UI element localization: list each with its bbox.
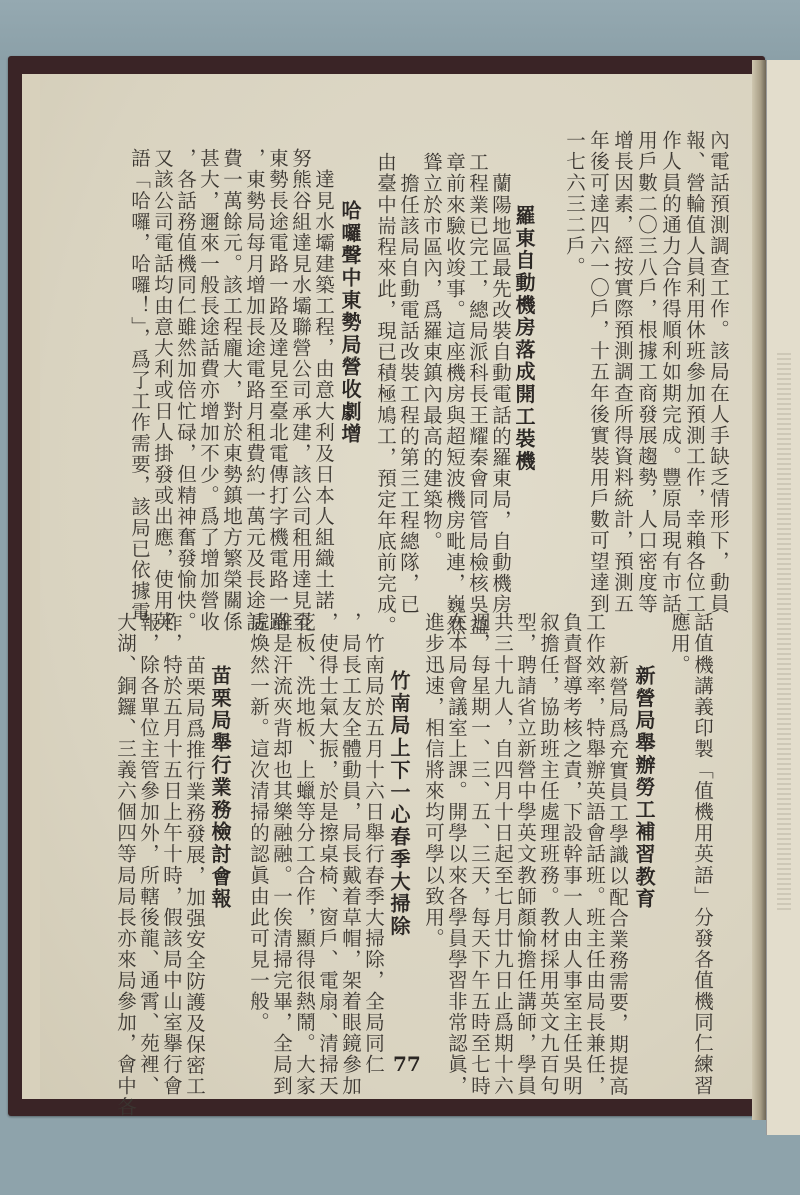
- text-column: 擔任該局自動電話改裝工程的第三工程總隊，已: [396, 152, 420, 615]
- text-column: 進步迅速，相信將來均可學以致用。: [421, 612, 445, 949]
- text-column: ，東勢局每月增加長途電路月租費約一萬元及長途話: [242, 148, 266, 632]
- text-column: 語「哈囉，哈囉！」，爲了工作需要，該局已依據電: [127, 148, 151, 622]
- article-heading: 哈囉聲中東勢局營收劇增: [338, 200, 362, 445]
- text-column: 新營局爲充實員工學識以配合業務需要，期提高: [605, 634, 629, 1097]
- article-heading: 新營局舉辦勞工補習教育: [632, 665, 656, 910]
- text-column: 用戶數二〇三八戶，根據工商發展趨勢，人口密度等: [634, 130, 658, 614]
- text-column: 東勢長途電路一路及達見至臺北電傳打字機電路一路: [265, 148, 289, 632]
- text-column: ，局長工友全體動員，局長戴着草帽，架着眼鏡參加: [338, 612, 362, 1096]
- page-stack-edge: [22, 74, 41, 1099]
- facing-page-text-ghost: [777, 350, 791, 910]
- book-gutter: [752, 60, 766, 1120]
- text-column: 報，除各單位主管參加外，所轄後龍、通霄、苑裡、: [136, 612, 160, 1096]
- text-column: 話值機講義印製「值機用英語」分發各值機同仁練習: [690, 612, 714, 1096]
- text-column: 應用。: [667, 612, 691, 675]
- text-column: 內電話預測調查工作。該局在人手缺乏情形下，動員: [706, 130, 730, 614]
- text-column: 作人員的通力合作得順利如期完成。豐原局現有市話: [658, 130, 682, 614]
- text-column: ，使得士氣大振，於是擦桌椅、窗戶、電扇、清掃天: [315, 612, 339, 1096]
- page-number: 77: [393, 1052, 421, 1076]
- text-column: 週，每星期一、三、五、三天，每天下午五時至七時: [467, 612, 491, 1096]
- text-column: 雖是汗流夾背却也其樂融融。一俟清掃完畢，全局到: [269, 612, 293, 1096]
- article-heading: 羅東自動機房落成開工裝機: [512, 205, 536, 473]
- text-column: 型，聘請省立新營中學英文教師顏愉擔任講師，學員: [513, 612, 537, 1096]
- text-column: 苗栗局爲推行業務發展，加强安全防護及保密工: [182, 634, 206, 1097]
- text-column: 大湖、銅鑼、三義六個四等局局長亦來局參加，會中各: [113, 612, 137, 1117]
- text-column: 又該公司電話均由意大利或日人掛發或出應，使用英: [150, 148, 174, 632]
- text-column: 努熊谷組達見水壩聯營公司承建，該公司租用達見至: [288, 148, 312, 632]
- text-column: 叙擔任，協助班主任處理班務。教材採用英文九百句: [536, 612, 560, 1096]
- text-column: ，各話務值機同仁雖然加倍忙碌，但精神奮發愉快。: [173, 148, 197, 632]
- background-surface: [0, 0, 800, 60]
- text-column: 年後可達四六一〇戶，十五年後實裝用戶數可望達到: [586, 130, 610, 614]
- article-heading: 苗栗局舉行業務檢討會報: [208, 665, 232, 910]
- text-column: 由臺中耑程來此，現已積極鳩工，預定年底前完成。: [373, 152, 397, 636]
- text-column: 章前來驗收竣事。這座機房與超短波機房毗連，巍然: [442, 152, 466, 636]
- text-column: 蘭陽地區最先改裝自動電話的羅東局，自動機房: [488, 152, 512, 615]
- text-column: 竹南局於五月十六日舉行春季大掃除，全局同仁: [361, 612, 385, 1075]
- text-column: 處煥然一新。這次清掃的認眞由此可見一般。: [246, 612, 270, 1033]
- text-column: 報、營輪值人員利用休班參加預測工作，幸賴各位工: [682, 130, 706, 614]
- text-column: 在本局會議室上課。開學以來各學員學習非常認眞，: [444, 612, 468, 1096]
- text-column: 工程業已完工，總局派科長王耀秦會同管局檢核吳益: [465, 152, 489, 636]
- text-column: 增長因素，經按實際預測調查所得資料統計，預測五: [610, 130, 634, 614]
- text-column: 工作效率，特舉辦英語會話班。班主任由局長兼任，: [582, 612, 606, 1096]
- text-column: 花板、洗地板、上蠟等分工合作，顯得很熱鬧。大家: [292, 612, 316, 1096]
- article-heading: 竹南局上下一心春季大掃除: [387, 670, 411, 938]
- text-column: 共三十九人，自四月十日起至七月廿九日止爲期十六: [490, 612, 514, 1096]
- text-column: 達見水壩建築工程，由意大利及日本人組織土諾: [311, 148, 335, 611]
- text-column: 聳立於市區內，爲羅東鎮內最高的建築物。: [419, 152, 443, 552]
- facing-page-edge: [766, 60, 800, 1135]
- text-column: 一七六三二戶。: [562, 130, 586, 277]
- text-column: 負責督導考核之責，下設幹事一人由人事室主任吳明: [559, 612, 583, 1096]
- text-column: 作，特於五月十五日上午十時，假該局中山室擧行會: [159, 612, 183, 1096]
- text-column: 甚大，邇來一般長途話費亦增加不少。爲了增加營收: [196, 148, 220, 632]
- text-column: 費一萬餘元。該工程龐大，對於東勢鎮地方繁榮關係: [219, 148, 243, 632]
